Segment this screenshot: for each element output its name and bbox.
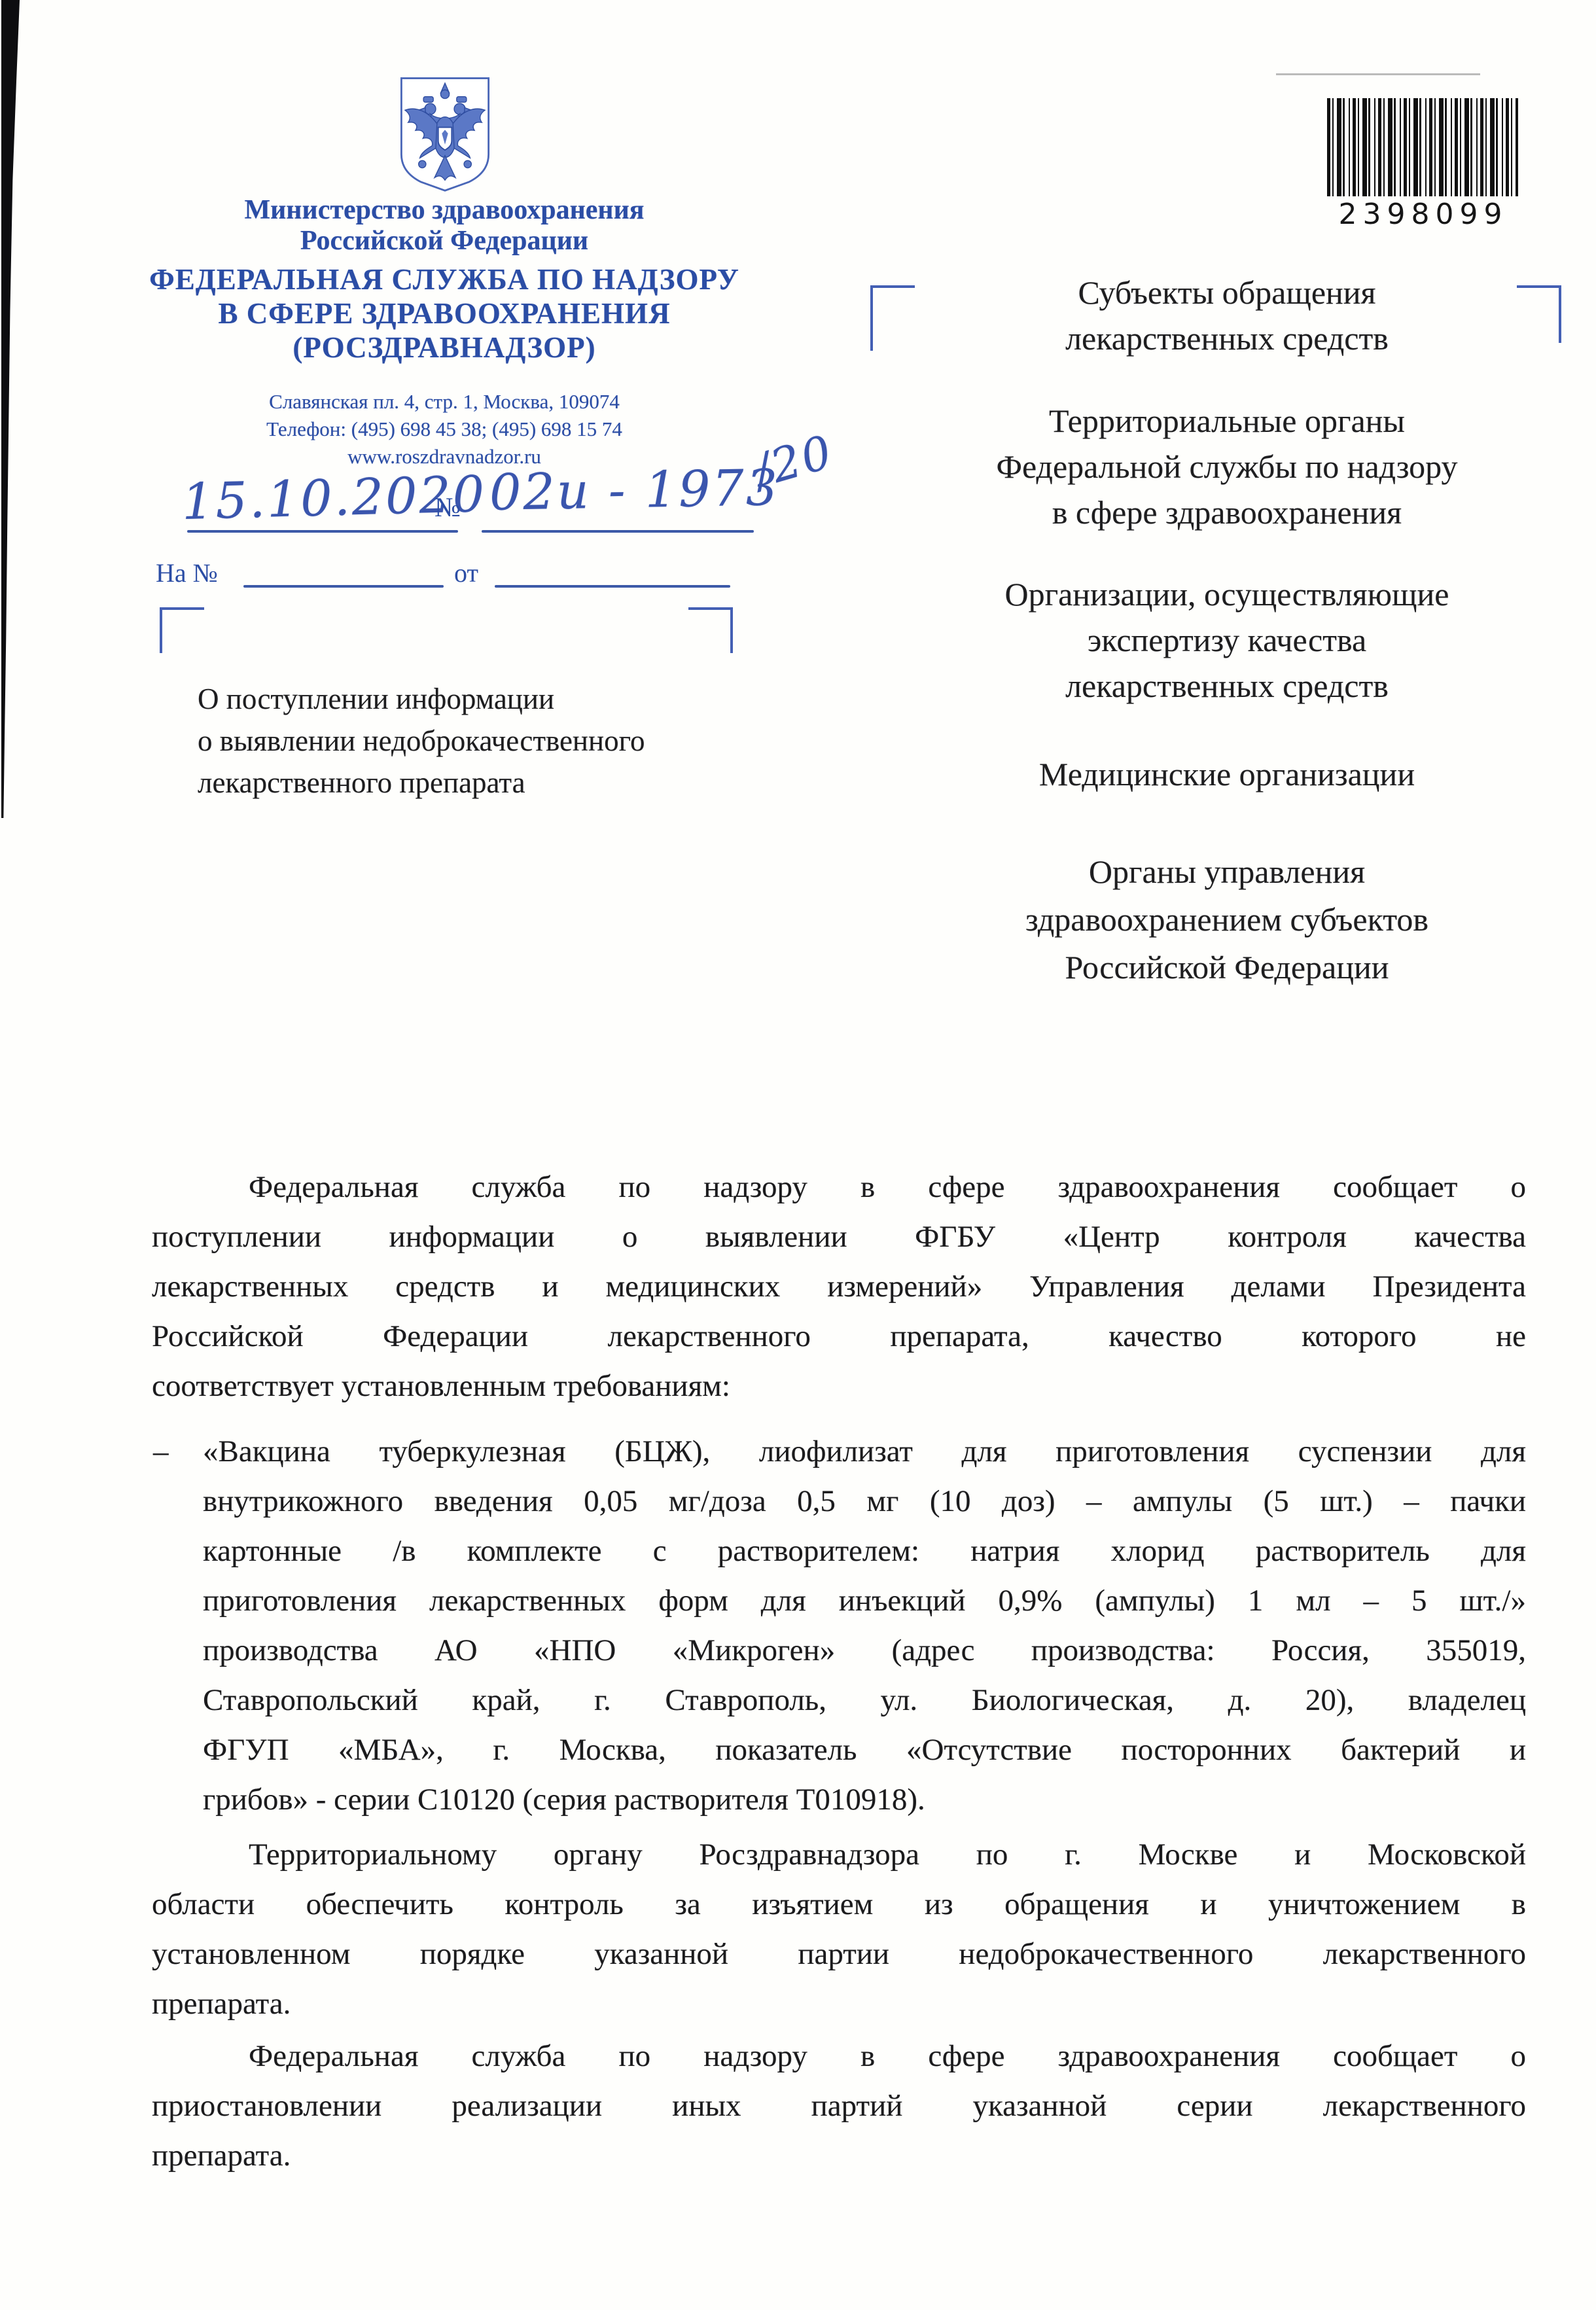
- text-line: препарата.: [152, 2131, 1526, 2180]
- reply-from-label: от: [454, 558, 478, 588]
- text-line: Российской Федерации: [149, 226, 740, 257]
- text-line: ФЕДЕРАЛЬНАЯ СЛУЖБА ПО НАДЗОРУ: [149, 262, 740, 296]
- barcode-bars: [1327, 98, 1518, 196]
- text-line: лекарственного препарата: [198, 762, 734, 804]
- text-line: установленном порядке указанной партии н…: [152, 1929, 1526, 1979]
- text-line: Министерство здравоохранения: [149, 195, 740, 226]
- barcode-icon: 2398099: [1327, 98, 1519, 233]
- handwritten-number-suffix: /20: [748, 425, 840, 498]
- text-line: о выявлении недоброкачественного: [198, 720, 734, 762]
- text-line: «Вакцина туберкулезная (БЦЖ), лиофилизат…: [203, 1427, 1526, 1476]
- text-line: Федеральная служба по надзору в сфере зд…: [152, 2031, 1526, 2081]
- reply-date-underline: [495, 585, 730, 588]
- text-line: Российской Федерации лекарственного преп…: [152, 1311, 1526, 1361]
- text-line: картонные /в комплекте с растворителем: …: [203, 1526, 1526, 1576]
- paragraph-territorial-order: Территориальному органу Росздравнадзора …: [152, 1830, 1526, 2029]
- text-line: грибов» - серии С10120 (серия растворите…: [203, 1775, 1526, 1824]
- text-line: лекарственных средств: [910, 315, 1544, 361]
- text-line: Российской Федерации: [910, 944, 1544, 991]
- paragraph-information: Федеральная служба по надзору в сфере зд…: [152, 1162, 1526, 1411]
- number-sign: №: [434, 492, 461, 524]
- text-line: В СФЕРЕ ЗДРАВООХРАНЕНИЯ: [149, 296, 740, 330]
- date-underline: [187, 530, 458, 533]
- text-line: лекарственных средств и медицинских изме…: [152, 1262, 1526, 1311]
- text-line: Организации, осуществляющие: [910, 571, 1544, 617]
- recipient-territorial-bodies: Территориальные органыФедеральной службы…: [910, 398, 1544, 535]
- text-line: Субъекты обращения: [910, 270, 1544, 315]
- number-underline: [482, 530, 754, 533]
- text-line: соответствует установленным требованиям:: [152, 1361, 1526, 1411]
- text-line: экспертизу качества: [910, 617, 1544, 663]
- text-line: ФГУП «МБА», г. Москва, показатель «Отсут…: [203, 1725, 1526, 1775]
- text-line: Территориальному органу Росздравнадзора …: [152, 1830, 1526, 1879]
- text-line: производства АО «НПО «Микроген» (адрес п…: [203, 1626, 1526, 1675]
- reply-number-underline: [243, 585, 444, 588]
- letterhead: Министерство здравоохраненияРоссийской Ф…: [149, 195, 740, 471]
- russia-coat-of-arms-icon: [395, 71, 495, 196]
- letterhead-phone: Телефон: (495) 698 45 38; (495) 698 15 7…: [149, 416, 740, 443]
- letterhead-address: Славянская пл. 4, стр. 1, Москва, 109074: [149, 388, 740, 416]
- text-line: Медицинские организации: [910, 751, 1544, 797]
- text-line: приостановлении реализации иных партий у…: [152, 2081, 1526, 2131]
- scanned-letter-page: Министерство здравоохраненияРоссийской Ф…: [0, 0, 1596, 2310]
- paragraph-suspension: Федеральная служба по надзору в сфере зд…: [152, 2031, 1526, 2180]
- bullet-item-vaccine: – «Вакцина туберкулезная (БЦЖ), лиофилиз…: [152, 1427, 1526, 1824]
- recipient-medical-organizations: Медицинские организации: [910, 751, 1544, 797]
- text-line: лекарственных средств: [910, 663, 1544, 709]
- ministry-name: Министерство здравоохраненияРоссийской Ф…: [149, 195, 740, 257]
- recipient-drug-circulation-subjects: Субъекты обращениялекарственных средств: [910, 270, 1544, 361]
- text-line: Федеральной службы по надзору: [910, 444, 1544, 489]
- text-line: здравоохранением субъектов: [910, 896, 1544, 944]
- subject-zone-corner-left: [160, 607, 204, 653]
- letter-subject: О поступлении информациио выявлении недо…: [198, 678, 734, 804]
- bullet-text: «Вакцина туберкулезная (БЦЖ), лиофилизат…: [203, 1427, 1526, 1824]
- scan-edge-artifact: [1, 0, 20, 818]
- text-line: области обеспечить контроль за изъятием …: [152, 1879, 1526, 1929]
- text-line: в сфере здравоохранения: [910, 489, 1544, 535]
- subject-zone-corner-right: [688, 607, 733, 653]
- barcode-number: 2398099: [1327, 198, 1519, 231]
- address-zone-corner-left: [870, 285, 915, 351]
- text-line: препарата.: [152, 1979, 1526, 2029]
- text-line: приготовления лекарственных форм для инъ…: [203, 1576, 1526, 1626]
- service-name: ФЕДЕРАЛЬНАЯ СЛУЖБА ПО НАДЗОРУВ СФЕРЕ ЗДР…: [149, 262, 740, 364]
- reply-number-label: На №: [156, 558, 218, 588]
- text-line: О поступлении информации: [198, 678, 734, 720]
- letterhead-contacts: Славянская пл. 4, стр. 1, Москва, 109074…: [149, 388, 740, 471]
- text-line: (РОСЗДРАВНАДЗОР): [149, 330, 740, 364]
- text-line: внутрикожного введения 0,05 мг/доза 0,5 …: [203, 1476, 1526, 1526]
- handwritten-number: 02и - 1973: [489, 458, 780, 522]
- text-line: Ставропольский край, г. Ставрополь, ул. …: [203, 1675, 1526, 1725]
- text-line: Органы управления: [910, 848, 1544, 896]
- recipient-health-authorities: Органы управленияздравоохранением субъек…: [910, 848, 1544, 991]
- text-line: поступлении информации о выявлении ФГБУ …: [152, 1212, 1526, 1262]
- letter-body: Федеральная служба по надзору в сфере зд…: [152, 1162, 1526, 2180]
- text-line: Федеральная служба по надзору в сфере зд…: [152, 1162, 1526, 1212]
- text-line: Территориальные органы: [910, 398, 1544, 444]
- scan-line-artifact: [1276, 73, 1480, 75]
- recipient-expertise-organizations: Организации, осуществляющиеэкспертизу ка…: [910, 571, 1544, 709]
- bullet-dash: –: [153, 1427, 169, 1476]
